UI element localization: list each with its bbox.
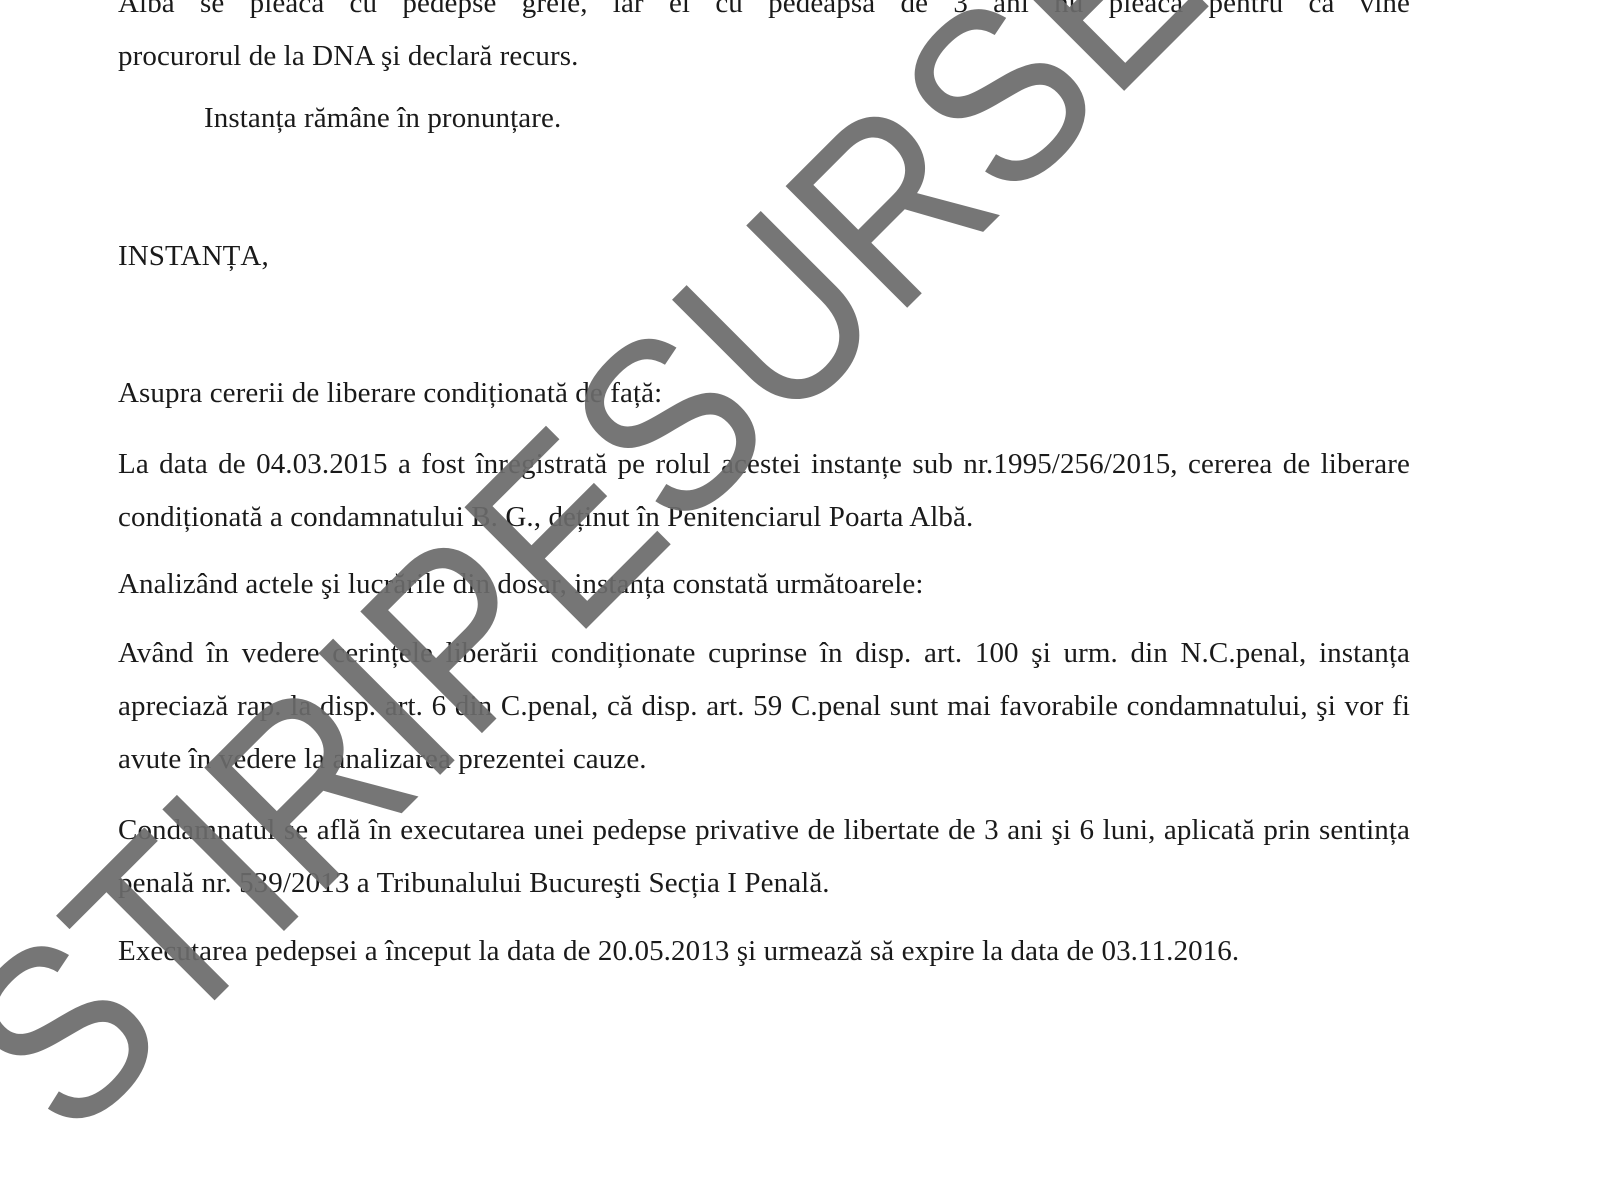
paragraph-top-cut: Albă se pleacă cu pedepse grele, iar el … xyxy=(118,0,1410,83)
paragraph-executarea: Executarea pedepsei a început la data de… xyxy=(118,925,1410,978)
top-cut-line-1: Albă se pleacă cu pedepse grele, iar el … xyxy=(118,0,1410,30)
paragraph-condamnatul: Condamnatul se află în executarea unei p… xyxy=(118,804,1410,910)
paragraph-la-data: La data de 04.03.2015 a fost înregistrat… xyxy=(118,438,1410,544)
document-page: Albă se pleacă cu pedepse grele, iar el … xyxy=(0,0,1600,1200)
top-cut-line-2: procurorul de la DNA şi declară recurs. xyxy=(118,30,1410,83)
section-heading: INSTANȚA, xyxy=(118,230,1410,283)
paragraph-instanta-ramane: Instanța rămâne în pronunțare. xyxy=(204,92,1404,145)
paragraph-analizand: Analizând actele şi lucrările din dosar,… xyxy=(118,558,1410,611)
paragraph-asupra: Asupra cererii de liberare condiționată … xyxy=(118,367,1410,420)
paragraph-avand: Având în vedere cerințele liberării cond… xyxy=(118,627,1410,786)
